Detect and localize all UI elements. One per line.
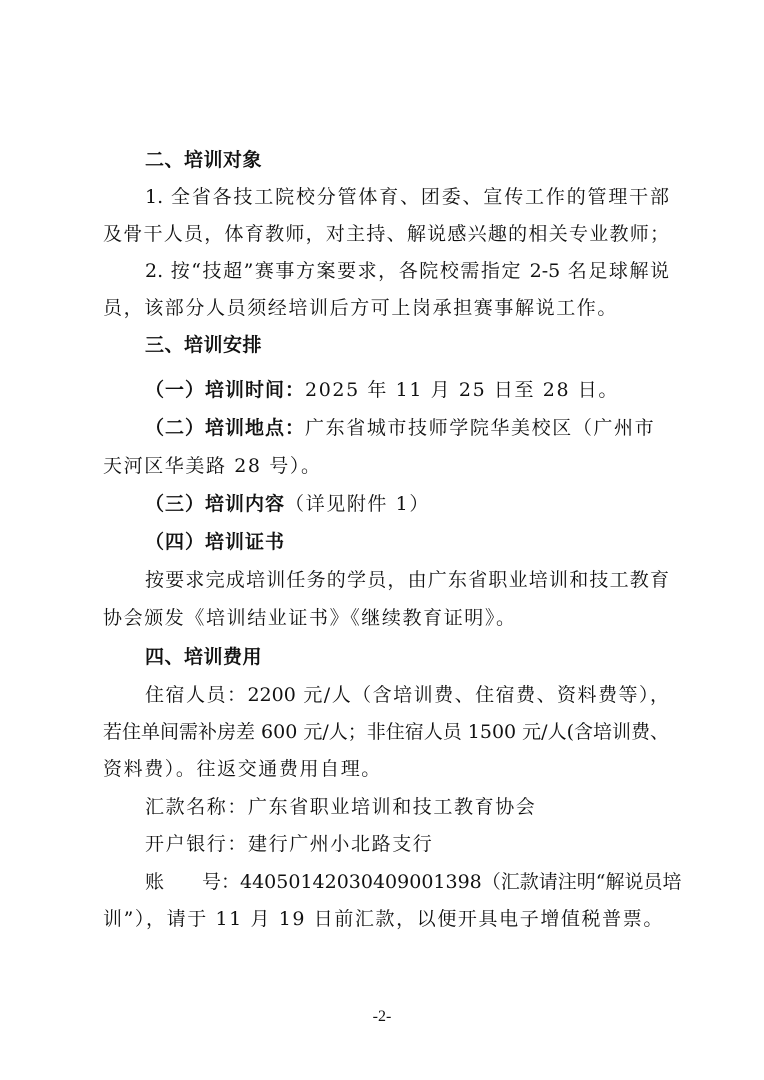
training-time-value: 2025 年 11 月 25 日至 28 日。 — [305, 379, 619, 401]
training-time: （一）培训时间：2025 年 11 月 25 日至 28 日。 — [145, 377, 669, 403]
document-page: 二、培训对象 1. 全省各技工院校分管体育、团委、宣传工作的管理干部 及骨干人员… — [0, 0, 764, 1080]
training-place-label: （二）培训地点： — [145, 417, 305, 439]
paragraph-line: 住宿人员：2200 元/人（含培训费、住宿费、资料费等）， — [145, 682, 669, 708]
paragraph-line: 2. 按“技超”赛事方案要求，各院校需指定 2-5 名足球解说 — [145, 258, 669, 284]
training-place: （二）培训地点：广东省城市技师学院华美校区（广州市 — [145, 415, 669, 441]
section-heading-training-targets: 二、培训对象 — [145, 147, 669, 173]
paragraph-line: 协会颁发《培训结业证书》《继续教育证明》。 — [103, 605, 669, 631]
training-content: （三）培训内容（详见附件 1） — [145, 491, 669, 517]
training-content-label: （三）培训内容 — [145, 493, 285, 515]
paragraph-line: 及骨干人员，体育教师，对主持、解说感兴趣的相关专业教师； — [103, 221, 669, 247]
training-place-value: 广东省城市技师学院华美校区（广州市 — [305, 417, 655, 439]
paragraph-line: 1. 全省各技工院校分管体育、团委、宣传工作的管理干部 — [145, 184, 669, 210]
account-number: 账 号：44050142030409001398（汇款请注明“解说员培 — [145, 869, 669, 895]
training-time-label: （一）培训时间： — [145, 379, 305, 401]
section-heading-training-fees: 四、培训费用 — [145, 644, 669, 670]
paragraph-line: 天河区华美路 28 号）。 — [103, 453, 669, 479]
paragraph-line: 员，该部分人员须经培训后方可上岗承担赛事解说工作。 — [103, 295, 669, 321]
paragraph-line: 若住单间需补房差 600 元/人；非住宿人员 1500 元/人(含培训费、 — [103, 719, 669, 745]
paragraph-line: 按要求完成培训任务的学员，由广东省职业培训和技工教育 — [145, 567, 669, 593]
paragraph-line: 训”），请于 11 月 19 日前汇款，以便开具电子增值税普票。 — [103, 906, 669, 932]
bank-name: 开户银行：建行广州小北路支行 — [145, 831, 669, 857]
page-number: -2- — [0, 1008, 764, 1026]
paragraph-line: 资料费）。往返交通费用自理。 — [103, 756, 669, 782]
training-content-value: （详见附件 1） — [285, 493, 430, 515]
training-certificate-heading: （四）培训证书 — [145, 529, 669, 555]
payee-name: 汇款名称：广东省职业培训和技工教育协会 — [145, 794, 669, 820]
section-heading-training-arrangement: 三、培训安排 — [145, 332, 669, 358]
